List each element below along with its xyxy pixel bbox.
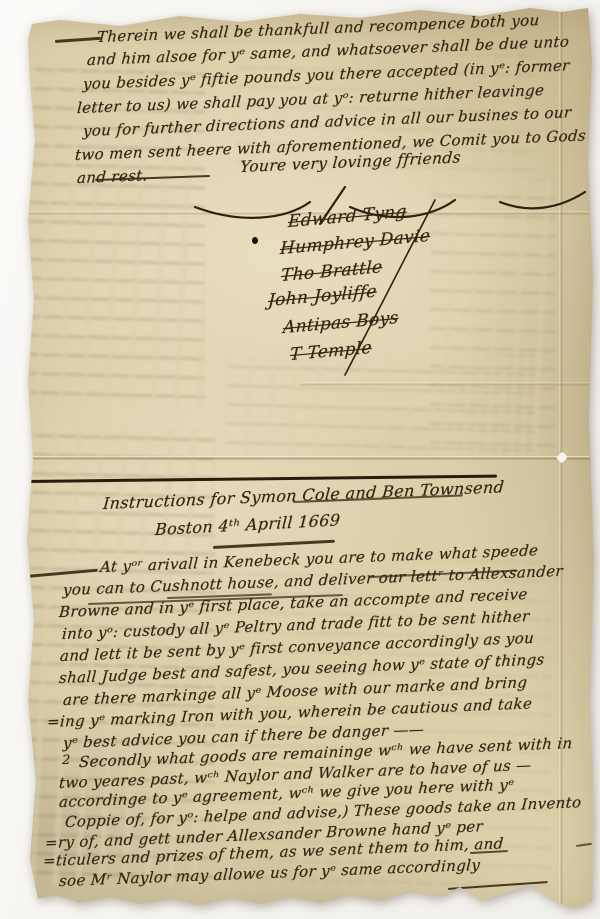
manuscript-scan: Therein we shall be thankfull and recomp… <box>0 0 600 919</box>
pen-flourish <box>55 37 101 43</box>
paper-hole <box>556 451 568 463</box>
date-underline <box>213 540 335 549</box>
margin-note: 2 <box>62 753 71 769</box>
signature-strike-diagonal <box>260 190 480 390</box>
instructions-dateline: Boston 4ᵗʰ Aprill 1669 <box>154 510 341 539</box>
ink-blot <box>252 237 258 244</box>
paper-sheet: Therein we shall be thankfull and recomp… <box>0 0 600 919</box>
margin-dash <box>576 843 592 847</box>
pen-flourish <box>14 569 98 579</box>
paper-sheet-shadow: Therein we shall be thankfull and recomp… <box>0 0 600 919</box>
final-underline <box>448 881 548 890</box>
fold-crease-horizontal <box>0 456 600 460</box>
